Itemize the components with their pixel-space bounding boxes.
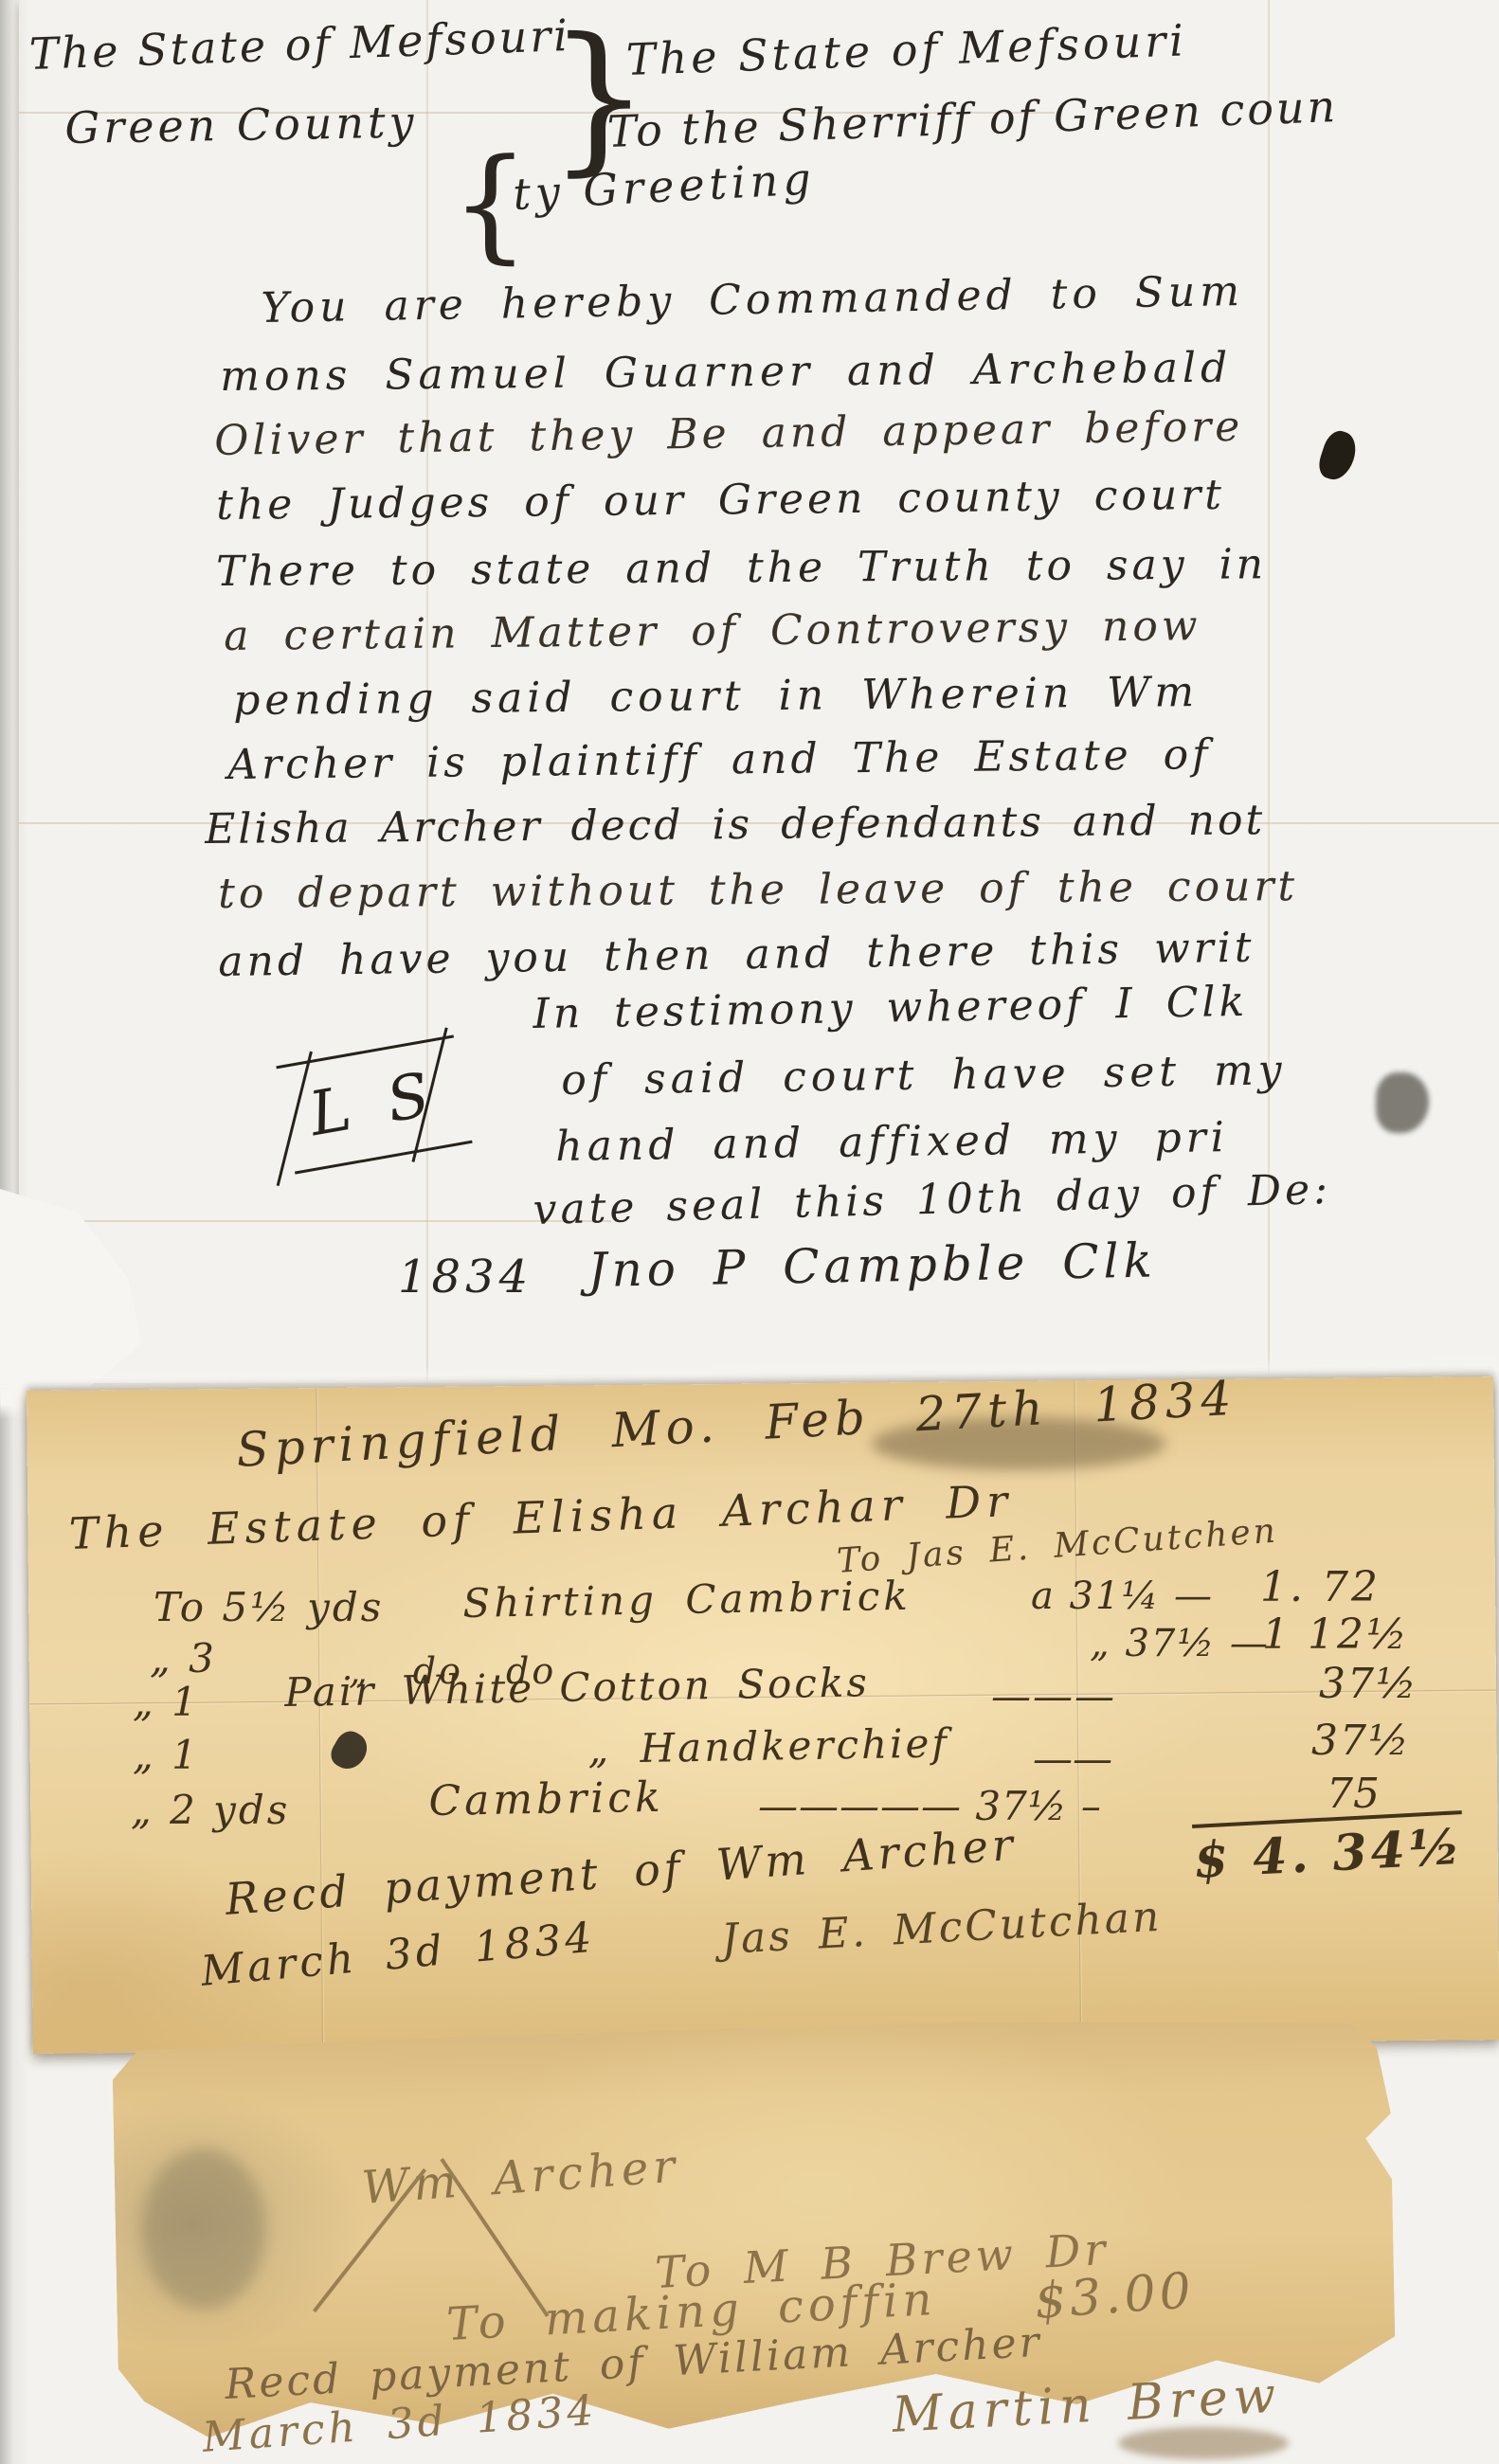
receipt-item-desc: Shirting Cambrick bbox=[462, 1573, 912, 1627]
note-amount: $3.00 bbox=[1033, 2262, 1197, 2330]
writ-body-line: pending said court in Wherein Wm bbox=[233, 668, 1199, 725]
receipt-item-rate: a 31¼ — bbox=[1031, 1574, 1214, 1618]
paper-stain bbox=[1118, 2427, 1289, 2459]
scanned-documents-page: { "colors":{ "background":"#f3f2ee", "pa… bbox=[0, 0, 1499, 2464]
receipt-item-amount: 37½ bbox=[1311, 1717, 1411, 1765]
writ-year: 1834 bbox=[398, 1250, 533, 1304]
clerk-signature: Jno P Campble Clk bbox=[587, 1233, 1157, 1298]
receipt-item-desc: „ Handkerchief bbox=[587, 1719, 949, 1772]
receipt-item-rate: ——— bbox=[991, 1673, 1116, 1719]
writ-caption-left-line2: Green County bbox=[64, 97, 418, 153]
writ-body-line: a certain Matter of Controversy now bbox=[224, 602, 1201, 660]
receipt-item-rate: —— bbox=[1033, 1736, 1112, 1782]
writ-body-line: There to state and the Truth to say in bbox=[216, 540, 1267, 596]
writ-body-line: to depart without the leave of the court bbox=[218, 862, 1298, 918]
receipt-item-qty: „ 1 bbox=[133, 1679, 200, 1725]
receipt-item-qty: „ 2 yds bbox=[131, 1787, 290, 1833]
writ-body-line: Elisha Archer decd is defendants and not bbox=[205, 796, 1265, 854]
receipt-item-qty: „ 1 bbox=[133, 1732, 200, 1778]
fold-crease bbox=[19, 1220, 611, 1223]
receipt-item-amount: 1. 72 bbox=[1260, 1563, 1381, 1611]
receipt-item-rate: „ 37½ — bbox=[1090, 1622, 1270, 1665]
receipt-item-qty: „ 3 bbox=[150, 1635, 217, 1682]
seal-label: L S bbox=[304, 1059, 443, 1151]
receipt-item-qty: To 5½ yds bbox=[154, 1584, 384, 1630]
writ-body-line: mons Samuel Guarner and Archebald bbox=[220, 344, 1232, 401]
receipt-item-desc: Cambrick bbox=[428, 1773, 664, 1826]
receipt-item-amount: 75 bbox=[1327, 1770, 1380, 1818]
receipt-item-rate: ————— 37½ – bbox=[758, 1783, 1102, 1829]
writ-testimony-line: hand and affixed my pri bbox=[555, 1113, 1229, 1171]
writ-body-line: Archer is plaintiff and The Estate of bbox=[227, 730, 1212, 789]
receipt-item-amount: 1 12½ bbox=[1262, 1610, 1410, 1659]
writ-testimony-line: of said court have set my bbox=[561, 1046, 1287, 1105]
note-signature: Martin Brew bbox=[891, 2366, 1283, 2443]
receipt-item-amount: 37½ bbox=[1319, 1660, 1418, 1708]
